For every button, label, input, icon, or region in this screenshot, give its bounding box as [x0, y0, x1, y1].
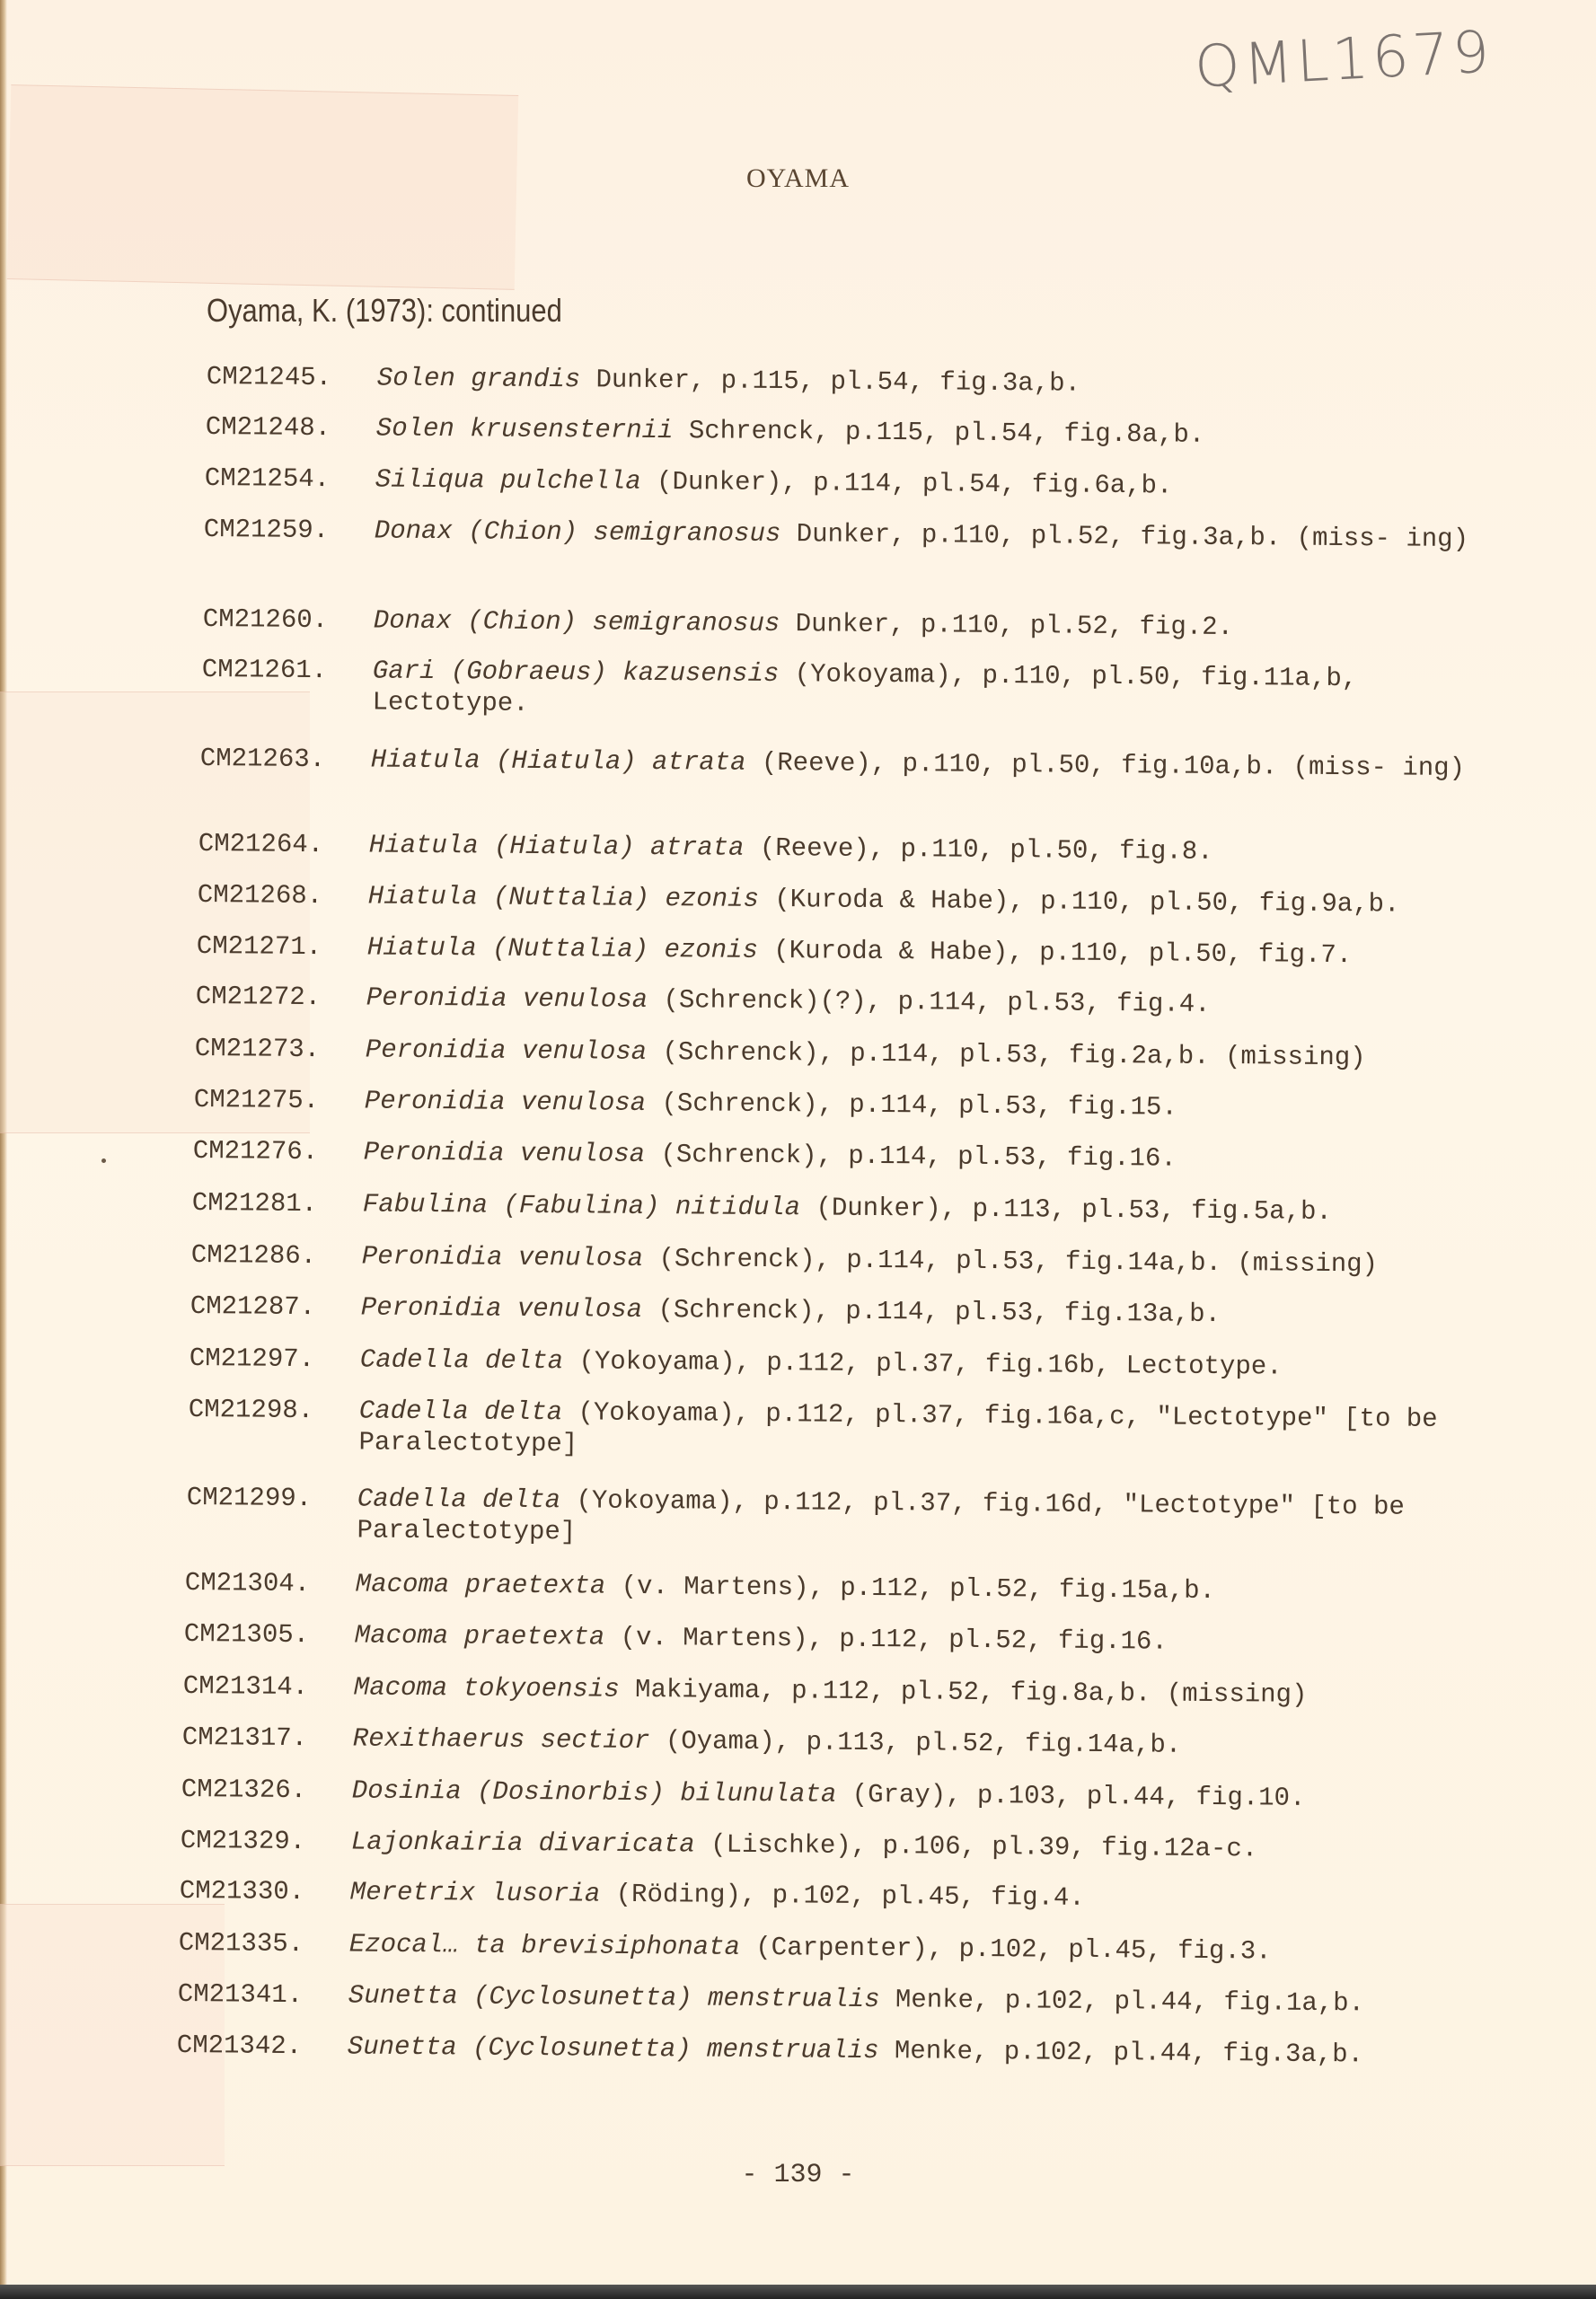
taxon-name: Peronidia venulosa	[362, 1241, 644, 1273]
taxon-name: Sunetta (Cyclosunetta) menstrualis	[348, 1980, 880, 2014]
citation: (Gray), p.103, pl.44, fig.10.	[836, 1780, 1305, 1813]
taxon-name: Peronidia venulosa	[365, 1086, 647, 1117]
specimen-id: CM21304.	[185, 1567, 356, 1599]
citation: Menke, p.102, pl.44, fig.1a,b.	[879, 1985, 1364, 2018]
taxon-name: Cadella delta	[359, 1396, 563, 1427]
citation: (Kuroda & Habe), p.110, pl.50, fig.9a,b.	[759, 885, 1400, 920]
section-heading: Oyama, K. (1973): continued	[207, 292, 562, 330]
list-item: CM21268. Hiatula (Nuttalia) ezonis (Kuro…	[198, 879, 1509, 920]
citation: Dunker, p.110, pl.52, fig.2.	[780, 609, 1233, 642]
specimen-id: CM21261.	[201, 654, 373, 718]
list-item: CM21305. Macoma praetexta (v. Martens), …	[184, 1618, 1495, 1660]
ink-speck	[101, 1158, 106, 1163]
specimen-id: CM21314.	[183, 1670, 354, 1703]
specimen-id: CM21248.	[206, 411, 376, 444]
list-item: CM21260. Donax (Chion) semigranosus Dunk…	[203, 603, 1514, 645]
list-item: CM21261. Gari (Gobraeus) kazusensis (Yok…	[201, 654, 1513, 727]
taxon-name: Solen grandis	[377, 363, 581, 394]
specimen-id: CM21326.	[181, 1774, 352, 1806]
citation: (v. Martens), p.112, pl.52, fig.16.	[604, 1623, 1168, 1657]
list-item: CM21254. Siliqua pulchella (Dunker), p.1…	[205, 462, 1516, 504]
specimen-id: CM21275.	[194, 1084, 365, 1116]
taxon-name: Donax (Chion) semigranosus	[374, 605, 780, 639]
specimen-id: CM21260.	[203, 603, 374, 636]
list-item: CM21245. Solen grandis Dunker, p.115, pl…	[207, 361, 1518, 402]
list-item: CM21317. Rexithaerus sectior (Oyama), p.…	[182, 1722, 1494, 1763]
list-item: CM21273. Peronidia venulosa (Schrenck), …	[195, 1033, 1506, 1074]
taxon-name: Ezocal… ta brevisiphonata	[349, 1929, 740, 1961]
specimen-id: CM21272.	[196, 981, 366, 1013]
list-item: CM21304. Macoma praetexta (v. Martens), …	[185, 1567, 1496, 1608]
specimen-id: CM21271.	[197, 930, 367, 963]
specimen-id: CM21263.	[200, 743, 371, 775]
citation: (Reeve), p.110, pl.50, fig.8.	[744, 833, 1212, 867]
citation: Menke, p.102, pl.44, fig.3a,b.	[878, 2036, 1363, 2069]
taxon-name: Rexithaerus sectior	[353, 1723, 650, 1756]
list-item: CM21330. Meretrix lusoria (Röding), p.10…	[180, 1875, 1491, 1916]
taxon-name: Sunetta (Cyclosunetta) menstrualis	[348, 2031, 879, 2066]
specimen-id: CM21297.	[190, 1343, 360, 1375]
list-item: CM21287. Peronidia venulosa (Schrenck), …	[190, 1290, 1502, 1332]
list-item: CM21271. Hiatula (Nuttalia) ezonis (Kuro…	[197, 930, 1508, 972]
specimen-id: CM21276.	[193, 1135, 364, 1167]
citation: (Oyama), p.113, pl.52, fig.14a,b.	[649, 1726, 1181, 1760]
list-item: CM21286. Peronidia venulosa (Schrenck), …	[191, 1239, 1503, 1281]
taxon-name: Meretrix lusoria	[350, 1877, 601, 1908]
taxon-name: Macoma tokyoensis	[354, 1672, 620, 1704]
citation: (Kuroda & Habe), p.110, pl.50, fig.7.	[758, 936, 1353, 970]
taxon-name: Cadella delta	[360, 1344, 564, 1376]
taxon-name: Peronidia venulosa	[364, 1137, 646, 1168]
taxon-name: Lajonkairia divaricata	[351, 1827, 695, 1859]
specimen-id: CM21342.	[177, 2030, 348, 2062]
specimen-id: CM21245.	[207, 361, 377, 393]
list-item: CM21335. Ezocal… ta brevisiphonata (Carp…	[179, 1927, 1490, 1969]
taxon-name: Hiatula (Nuttalia) ezonis	[368, 881, 759, 913]
taxon-name: Peronidia venulosa	[361, 1292, 643, 1324]
taxon-name: Macoma praetexta	[355, 1620, 605, 1652]
list-item: CM21264. Hiatula (Hiatula) atrata (Reeve…	[198, 828, 1510, 869]
list-item: CM21259. Donax (Chion) semigranosus Dunk…	[204, 514, 1515, 555]
taxon-name: Gari (Gobraeus) kazusensis	[373, 656, 780, 689]
specimen-id: CM21330.	[180, 1875, 350, 1907]
citation: (Schrenck), p.114, pl.53, fig.14a,b. (mi…	[643, 1244, 1378, 1279]
specimen-id: CM21341.	[178, 1978, 348, 2011]
taxon-name: Peronidia venulosa	[366, 982, 648, 1014]
citation: Makiyama, p.112, pl.52, fig.8a,b. (missi…	[620, 1675, 1308, 1710]
list-item: CM21341. Sunetta (Cyclosunetta) menstrua…	[178, 1978, 1489, 2020]
citation: (Schrenck)(?), p.114, pl.53, fig.4.	[648, 985, 1211, 1019]
taxon-name: Cadella delta	[357, 1484, 561, 1515]
list-item: CM21297. Cadella delta (Yokoyama), p.112…	[190, 1343, 1501, 1384]
scanner-bottom-edge	[0, 2285, 1596, 2299]
specimen-id: CM21259.	[204, 514, 375, 546]
list-item: CM21314. Macoma tokyoensis Makiyama, p.1…	[183, 1670, 1495, 1712]
taxon-name: Peronidia venulosa	[366, 1035, 648, 1066]
list-item: CM21248. Solen krusensternii Schrenck, p…	[206, 411, 1517, 453]
citation: (Röding), p.102, pl.45, fig.4.	[600, 1880, 1085, 1913]
specimen-id: CM21273.	[195, 1033, 366, 1065]
specimen-id: CM21281.	[192, 1187, 363, 1220]
taxon-name: Dosinia (Dosinorbis) bilunulata	[352, 1775, 837, 1809]
citation: Schrenck, p.115, pl.54, fig.8a,b.	[673, 416, 1204, 450]
list-item: CM21326. Dosinia (Dosinorbis) bilunulata…	[181, 1774, 1493, 1815]
taxon-name: Macoma praetexta	[356, 1569, 606, 1600]
list-item: CM21342. Sunetta (Cyclosunetta) menstrua…	[177, 2030, 1488, 2071]
citation: Dunker, p.115, pl.54, fig.3a,b.	[580, 365, 1080, 398]
citation: (Schrenck), p.114, pl.53, fig.2a,b. (mis…	[647, 1037, 1366, 1072]
specimen-id: CM21298.	[188, 1394, 359, 1458]
list-item: CM21263. Hiatula (Hiatula) atrata (Reeve…	[200, 743, 1512, 784]
running-head: OYAMA	[0, 163, 1596, 194]
specimen-id: CM21287.	[190, 1290, 361, 1323]
list-item: CM21272. Peronidia venulosa (Schrenck)(?…	[196, 981, 1507, 1022]
page-number: - 139 -	[0, 2160, 1596, 2190]
specimen-id: CM21264.	[198, 828, 369, 860]
specimen-id: CM21254.	[205, 462, 375, 495]
taxon-name: Solen krusensternii	[376, 413, 674, 445]
citation: (Dunker), p.113, pl.53, fig.5a,b.	[800, 1193, 1332, 1227]
taxon-name: Hiatula (Hiatula) atrata	[371, 744, 746, 777]
citation: (Schrenck), p.114, pl.53, fig.16.	[645, 1140, 1177, 1174]
citation: (Schrenck), p.114, pl.53, fig.13a,b.	[642, 1295, 1221, 1329]
list-item: CM21281. Fabulina (Fabulina) nitidula (D…	[192, 1187, 1503, 1229]
citation: (Dunker), p.114, pl.54, fig.6a,b.	[641, 467, 1173, 501]
taxon-name: Siliqua pulchella	[375, 464, 641, 496]
citation: (Yokoyama), p.112, pl.37, fig.16b, Lecto…	[563, 1346, 1283, 1381]
citation: (Carpenter), p.102, pl.45, fig.3.	[740, 1933, 1272, 1967]
taxon-name: Hiatula (Hiatula) atrata	[369, 830, 745, 862]
citation: (v. Martens), p.112, pl.52, fig.15a,b.	[605, 1572, 1215, 1606]
scanned-page: QML1679 OYAMA Oyama, K. (1973): continue…	[0, 0, 1596, 2286]
citation: (Reeve), p.110, pl.50, fig.10a,b. (miss-…	[745, 748, 1465, 783]
list-item: CM21298. Cadella delta (Yokoyama), p.112…	[188, 1394, 1500, 1467]
specimen-id: CM21305.	[184, 1618, 355, 1651]
handwritten-catalogue-number: QML1679	[1193, 19, 1495, 101]
citation: (Lischke), p.106, pl.39, fig.12a-c.	[695, 1829, 1258, 1863]
list-item: CM21329. Lajonkairia divaricata (Lischke…	[181, 1825, 1492, 1866]
specimen-id: CM21268.	[198, 879, 368, 912]
taxon-name: Fabulina (Fabulina) nitidula	[363, 1189, 801, 1222]
specimen-id: CM21317.	[182, 1722, 353, 1754]
specimen-id: CM21329.	[181, 1825, 351, 1857]
citation: Dunker, p.110, pl.52, fig.3a,b. (miss- i…	[780, 519, 1468, 554]
taxon-name: Donax (Chion) semigranosus	[375, 515, 781, 549]
citation: (Schrenck), p.114, pl.53, fig.15.	[646, 1088, 1177, 1123]
list-item: CM21299. Cadella delta (Yokoyama), p.112…	[186, 1482, 1498, 1555]
specimen-id: CM21286.	[191, 1239, 362, 1272]
list-item: CM21276. Peronidia venulosa (Schrenck), …	[193, 1135, 1504, 1176]
taxon-name: Hiatula (Nuttalia) ezonis	[367, 932, 758, 965]
specimen-id: CM21299.	[186, 1482, 357, 1546]
specimen-id: CM21335.	[179, 1927, 349, 1960]
list-item: CM21275. Peronidia venulosa (Schrenck), …	[194, 1084, 1505, 1125]
